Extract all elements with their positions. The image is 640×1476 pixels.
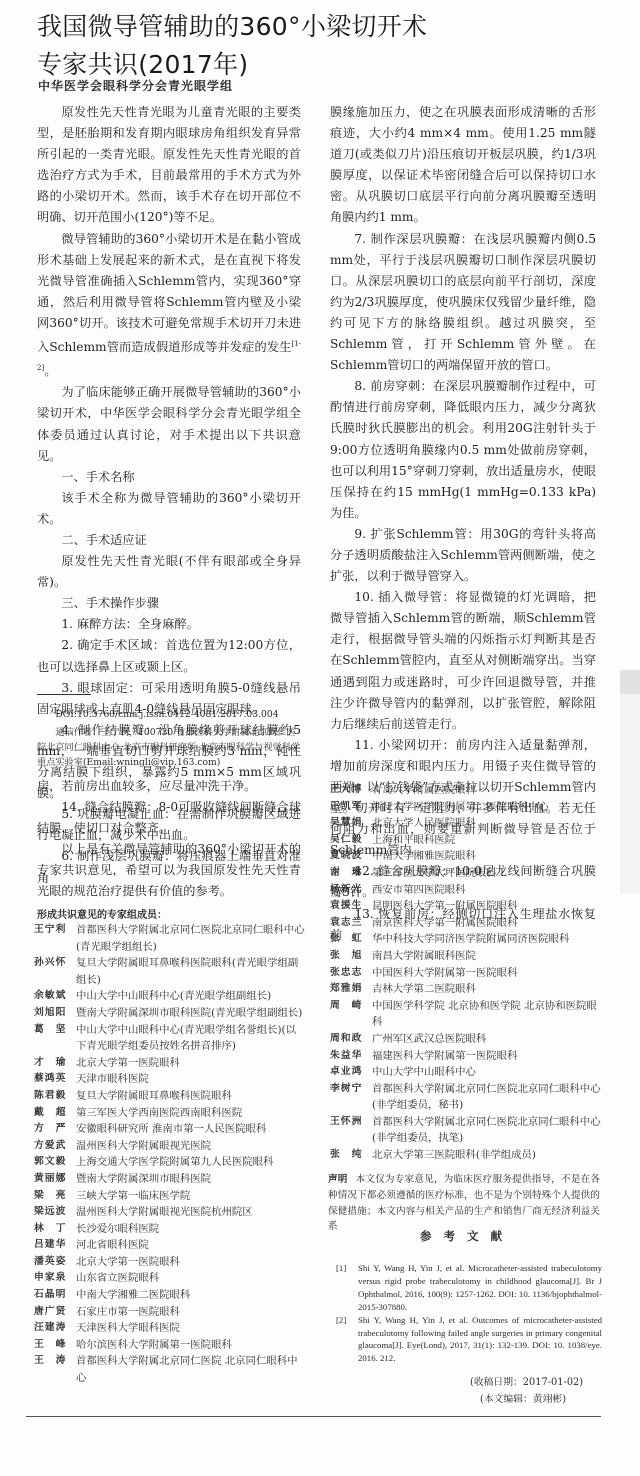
expert-name: 王 峰 [34, 1337, 76, 1354]
step-1: 1. 麻醉方法：全身麻醉。 [37, 614, 301, 635]
expert-affiliation: 南京医科大学第一附属医院眼科 [372, 915, 602, 932]
reference-number: [1] [336, 1262, 358, 1314]
expert-name: 张 虹 [330, 931, 372, 948]
expert-name: 王宁利 [34, 922, 76, 955]
expert-name: 林 丁 [34, 1221, 76, 1238]
expert-affiliation: 福建医科大学附属第一医院眼科 [372, 1048, 602, 1065]
footnote: DOI:10.3760/cma.j.issn.0412-4081.2017.03… [37, 706, 301, 770]
expert-affiliation: 吉林大学第二医院眼科 [372, 981, 602, 998]
expert-name: 黄丽娜 [34, 1171, 76, 1188]
expert-affiliation: 首都医科大学附属北京同仁医院 北京同仁眼科中心 [76, 1353, 306, 1386]
references-list: [1] Shi Y, Wang H, Yin J, et al. Microca… [336, 1262, 602, 1365]
expert-name: 周 崎 [330, 998, 372, 1031]
step-13-continuation: 房，若前房出血较多，应尽量冲洗干净。 [37, 776, 301, 797]
expert-name: 吴慧娟 [330, 815, 372, 832]
step-2: 2. 确定手术区域：首选位置为12:00方位，也可以选择鼻上区或颞上区。 [37, 635, 301, 677]
left-column-top: 原发性先天性青光眼为儿童青光眼的主要类型，是胚胎期和发育期内眼球房角组织发育异常… [37, 102, 301, 889]
step-6-continuation: 膜缘施加压力，使之在巩膜表面形成清晰的舌形痕迹，大小约4 mm×4 mm。使用1… [330, 102, 596, 229]
expert-name: 李树宁 [330, 1081, 372, 1114]
section-1-heading: 一、手术名称 [37, 467, 301, 488]
expert-affiliation: 昆明医科大学第一附属医院眼科 [372, 898, 602, 915]
expert-name: 刘旭阳 [34, 1005, 76, 1022]
expert-entry: 才 瑜北京大学第一医院眼科 [34, 1055, 306, 1072]
expert-affiliation: 暨南大学附属深圳市眼科医院 [76, 1171, 306, 1188]
expert-name: 袁援生 [330, 898, 372, 915]
expert-affiliation: 北京大学第三医院眼科(非学组成员) [372, 1147, 602, 1164]
expert-affiliation: 三峡大学第一临床医学院 [76, 1188, 306, 1205]
side-scroll-tab [620, 670, 640, 694]
reference-number: [2] [336, 1314, 358, 1366]
expert-affiliation: 中山大学中山眼科中心(青光眼学组名誉组长)(以下青光眼学组委员按姓名拼音排序) [76, 1022, 306, 1055]
expert-name: 卓业鸿 [330, 1064, 372, 1081]
references-heading: 参考文献 [420, 1228, 514, 1244]
expert-name: 朱益华 [330, 1048, 372, 1065]
expert-name: 方爱武 [34, 1138, 76, 1155]
expert-entry: 郭文毅上海交通大学医学院附属第九人民医院眼科 [34, 1154, 306, 1171]
expert-entry: 孙兴怀复旦大学附属眼耳鼻喉科医院眼科(青光眼学组副组长) [34, 955, 306, 988]
expert-entry: 李树宁首都医科大学附属北京同仁医院北京同仁眼科中心(非学组委员，秘书) [330, 1081, 602, 1114]
correspondence-text: 通信作者：王宁利，100730 首都医科大学附属北京同仁医院北京同仁眼科中心 北… [37, 725, 301, 770]
step-9: 9. 扩张Schlemm管：用30G的弯针头将高分子透明质酸盐注入Schlemm… [330, 524, 596, 587]
expert-entry: 葛 坚中山大学中山眼科中心(青光眼学组名誉组长)(以下青光眼学组委员按姓名拼音排… [34, 1022, 306, 1055]
expert-name: 王怀洲 [330, 1114, 372, 1147]
expert-name: 陈君毅 [34, 1088, 76, 1105]
expert-affiliation: 第三军医大学西南医院西南眼科医院 [76, 1105, 306, 1122]
expert-affiliation: 北京大学人民医院眼科 [372, 815, 602, 832]
expert-entry: 潘英姿北京大学第一医院眼科 [34, 1254, 306, 1271]
expert-entry: 梁远波温州医科大学附属眼视光医院杭州院区 [34, 1204, 306, 1221]
doi-text: DOI:10.3760/cma.j.issn.0412-4081.2017.03… [37, 706, 301, 725]
section-3-heading: 三、手术操作步骤 [37, 593, 301, 614]
expert-affiliation: 中南大学湘雅二医院眼科 [76, 1287, 306, 1304]
intro-paragraph-3: 为了临床能够正确开展微导管辅助的360°小梁切开术，中华医学会眼科学分会青光眼学… [37, 382, 301, 466]
expert-entry: 吴仁毅上海和平眼科医院 [330, 832, 602, 849]
expert-entry: 朱益华福建医科大学附属第一医院眼科 [330, 1048, 602, 1065]
expert-name: 杨新光 [330, 882, 372, 899]
expert-entry: 周和政广州军区武汉总医院眼科 [330, 1031, 602, 1048]
received-info: (收稿日期：2017-01-02) (本文编辑：黄翊彬) [470, 1374, 583, 1408]
expert-name: 余敏斌 [34, 988, 76, 1005]
expert-name: 梁 亮 [34, 1188, 76, 1205]
expert-affiliation: 石家庄市第一医院眼科 [76, 1304, 306, 1321]
expert-name: 申家泉 [34, 1270, 76, 1287]
expert-entry: 汪建涛天津医科大学眼科医院 [34, 1320, 306, 1337]
statement-text: 本文仅为专家意见，为临床医疗服务提供指导，不是在各种情况下都必须遵循的医疗标准，… [328, 1174, 600, 1232]
expert-entry: 蔡鸿英天津市眼科医院 [34, 1071, 306, 1088]
conclusion: 以上是有关微导管辅助的360°小梁切开术的专家共识意见，希望可以为我国原发性先天… [37, 839, 301, 902]
expert-name: 方 严 [34, 1121, 76, 1138]
expert-entry: 王怀洲首都医科大学附属北京同仁医院北京同仁眼科中心(非学组委员，执笔) [330, 1114, 602, 1147]
expert-entry: 王 涛首都医科大学附属北京同仁医院 北京同仁眼科中心 [34, 1353, 306, 1386]
expert-entry: 余敏斌中山大学中山眼科中心(青光眼学组副组长) [34, 988, 306, 1005]
expert-name: 夏晓波 [330, 848, 372, 865]
expert-affiliation: 浙江大学医学院附属第二医院眼科中心 [372, 799, 602, 816]
expert-affiliation: 长沙爱尔眼科医院 [76, 1221, 306, 1238]
left-column-bottom: 房，若前房出血较多，应尽量冲洗干净。 14. 缝合结膜瓣：8-0可吸收缝线间断缝… [37, 776, 301, 903]
reference-text: Shi Y, Wang H, Yin J, et al. Outcomes of… [358, 1314, 602, 1366]
expert-affiliation: 华中科技大学同济医学院附属同济医院眼科 [372, 931, 602, 948]
expert-affiliation: 青岛大学附属医院眼科 [372, 782, 602, 799]
expert-affiliation: 山东省立医院眼科 [76, 1270, 306, 1287]
expert-entry: 吕建华河北省眼科医院 [34, 1237, 306, 1254]
expert-entry: 夏晓波中南大学湘雅医院眼科 [330, 848, 602, 865]
expert-affiliation: 温州医科大学附属眼视光医院杭州院区 [76, 1204, 306, 1221]
expert-affiliation: 暨南大学附属深圳市眼科医院(青光眼学组副组长) [76, 1005, 306, 1022]
section-2-text: 原发性先天性青光眼(不伴有眼部或全身异常)。 [37, 551, 301, 593]
experts-list-right: 王大博青岛大学附属医院眼科 王凯军浙江大学医学院附属第二医院眼科中心 吴慧娟北京… [330, 782, 602, 1164]
expert-entry: 陈君毅复旦大学附属眼耳鼻喉科医院眼科 [34, 1088, 306, 1105]
step-8: 8. 前房穿刺：在深层巩膜瓣制作过程中，可酌情进行前房穿刺，降低眼内压力，减少分… [330, 376, 596, 524]
expert-entry: 张忠志中国医科大学附属第一医院眼科 [330, 965, 602, 982]
step-10: 10. 插入微导管：将显微镜的灯光调暗，把微导管插入Schlemm管的断端，顺S… [330, 587, 596, 735]
expert-affiliation: 南昌大学附属眼科医院 [372, 948, 602, 965]
experts-list-left: 王宁利首都医科大学附属北京同仁医院北京同仁眼科中心(青光眼学组组长) 孙兴怀复旦… [34, 922, 306, 1387]
expert-entry: 吴慧娟北京大学人民医院眼科 [330, 815, 602, 832]
expert-name: 汪建涛 [34, 1320, 76, 1337]
expert-entry: 王凯军浙江大学医学院附属第二医院眼科中心 [330, 799, 602, 816]
expert-name: 周和政 [330, 1031, 372, 1048]
expert-affiliation: 复旦大学附属眼耳鼻喉科医院眼科 [76, 1088, 306, 1105]
expert-entry: 袁援生昆明医科大学第一附属医院眼科 [330, 898, 602, 915]
expert-affiliation: 中国医科大学附属第一医院眼科 [372, 965, 602, 982]
side-panel-edge [620, 694, 640, 894]
title-line-1: 我国微导管辅助的360°小梁切开术 [37, 8, 427, 46]
reference-item: [2] Shi Y, Wang H, Yin J, et al. Outcome… [336, 1314, 602, 1366]
expert-entry: 林 丁长沙爱尔眼科医院 [34, 1221, 306, 1238]
expert-entry: 戴 超第三军医大学西南医院西南眼科医院 [34, 1105, 306, 1122]
experts-heading: 形成共识意见的专家组成员： [37, 906, 167, 921]
expert-affiliation: 首都医科大学附属北京同仁医院北京同仁眼科中心(青光眼学组组长) [76, 922, 306, 955]
intro-paragraph-2-text: 微导管辅助的360°小梁切开术是在黏小管成形术基础上发展起来的新术式，是在直视下… [37, 232, 301, 355]
reference-text: Shi Y, Wang H, Yin J, et al. Microcathet… [358, 1262, 602, 1314]
expert-affiliation: 天津市眼科医院 [76, 1071, 306, 1088]
expert-affiliation: 天津医科大学眼科医院 [76, 1320, 306, 1337]
expert-name: 吴仁毅 [330, 832, 372, 849]
expert-name: 蔡鸿英 [34, 1071, 76, 1088]
article-title: 我国微导管辅助的360°小梁切开术 专家共识(2017年) [37, 8, 427, 84]
author-group: 中华医学会眼科学分会青光眼学组 [38, 77, 233, 94]
expert-entry: 张 虹华中科技大学同济医学院附属同济医院眼科 [330, 931, 602, 948]
expert-entry: 杨新光西安市第四医院眼科 [330, 882, 602, 899]
expert-name: 才 瑜 [34, 1055, 76, 1072]
expert-entry: 申家泉山东省立医院眼科 [34, 1270, 306, 1287]
expert-name: 张忠志 [330, 965, 372, 982]
expert-entry: 卓业鸿中山大学中山眼科中心 [330, 1064, 602, 1081]
expert-name: 张 旭 [330, 948, 372, 965]
expert-name: 吕建华 [34, 1237, 76, 1254]
editor-credit: (本文编辑：黄翊彬) [470, 1391, 583, 1408]
expert-affiliation: 广州军区武汉总医院眼科 [372, 1031, 602, 1048]
intro-paragraph-2: 微导管辅助的360°小梁切开术是在黏小管成形术基础上发展起来的新术式，是在直视下… [37, 229, 301, 383]
expert-name: 王凯军 [330, 799, 372, 816]
expert-name: 郭文毅 [34, 1154, 76, 1171]
expert-affiliation: 首都医科大学附属北京同仁医院北京同仁眼科中心(非学组委员，秘书) [372, 1081, 602, 1114]
expert-entry: 袁志兰南京医科大学第一附属医院眼科 [330, 915, 602, 932]
expert-affiliation: 中南大学湘雅医院眼科 [372, 848, 602, 865]
expert-name: 谢 琳 [330, 865, 372, 882]
expert-entry: 黄丽娜暨南大学附属深圳市眼科医院 [34, 1171, 306, 1188]
expert-affiliation: 北京大学第一医院眼科 [76, 1254, 306, 1271]
statement-label: 声明 [328, 1174, 348, 1185]
expert-affiliation: 中国医学科学院 北京协和医学院 北京协和医院眼科 [372, 998, 602, 1031]
expert-affiliation: 首都医科大学附属北京同仁医院北京同仁眼科中心(非学组委员，执笔) [372, 1114, 602, 1147]
expert-name: 戴 超 [34, 1105, 76, 1122]
step-14: 14. 缝合结膜瓣：8-0可吸收缝线间断缝合球结膜，使切口对合整齐。 [37, 797, 301, 839]
section-2-heading: 二、手术适应证 [37, 530, 301, 551]
expert-entry: 郑雅娟吉林大学第二医院眼科 [330, 981, 602, 998]
footnote-divider [37, 694, 91, 695]
expert-affiliation: 北京大学第一医院眼科 [76, 1055, 306, 1072]
expert-entry: 周 崎中国医学科学院 北京协和医学院 北京协和医院眼科 [330, 998, 602, 1031]
expert-affiliation: 上海交通大学医学院附属第九人民医院眼科 [76, 1154, 306, 1171]
expert-affiliation: 安徽眼科研究所 淮南市第一人民医院眼科 [76, 1121, 306, 1138]
reference-item: [1] Shi Y, Wang H, Yin J, et al. Microca… [336, 1262, 602, 1314]
expert-name: 袁志兰 [330, 915, 372, 932]
expert-name: 石晶明 [34, 1287, 76, 1304]
expert-entry: 方 严安徽眼科研究所 淮南市第一人民医院眼科 [34, 1121, 306, 1138]
expert-entry: 王大博青岛大学附属医院眼科 [330, 782, 602, 799]
expert-entry: 张 纯北京大学第三医院眼科(非学组成员) [330, 1147, 602, 1164]
expert-entry: 刘旭阳暨南大学附属深圳市眼科医院(青光眼学组副组长) [34, 1005, 306, 1022]
expert-name: 葛 坚 [34, 1022, 76, 1055]
expert-entry: 方爱武温州医科大学附属眼视光医院 [34, 1138, 306, 1155]
expert-entry: 唐广贤石家庄市第一医院眼科 [34, 1304, 306, 1321]
received-date: (收稿日期：2017-01-02) [470, 1374, 583, 1391]
expert-entry: 张 旭南昌大学附属眼科医院 [330, 948, 602, 965]
expert-name: 王 涛 [34, 1353, 76, 1386]
expert-name: 郑雅娟 [330, 981, 372, 998]
page-bottom-rule [26, 1416, 601, 1417]
intro-paragraph-1: 原发性先天性青光眼为儿童青光眼的主要类型，是胚胎期和发育期内眼球房角组织发育异常… [37, 102, 301, 229]
expert-affiliation: 第三军医大学大坪医院眼科 [372, 865, 602, 882]
expert-entry: 王宁利首都医科大学附属北京同仁医院北京同仁眼科中心(青光眼学组组长) [34, 922, 306, 955]
expert-entry: 梁 亮三峡大学第一临床医学院 [34, 1188, 306, 1205]
expert-entry: 石晶明中南大学湘雅二医院眼科 [34, 1287, 306, 1304]
expert-name: 潘英姿 [34, 1254, 76, 1271]
expert-entry: 王 峰哈尔滨医科大学附属第一医院眼科 [34, 1337, 306, 1354]
article-page: 我国微导管辅助的360°小梁切开术 专家共识(2017年) 中华医学会眼科学分会… [0, 0, 640, 1476]
expert-name: 梁远波 [34, 1204, 76, 1221]
expert-affiliation: 河北省眼科医院 [76, 1237, 306, 1254]
expert-entry: 谢 琳第三军医大学大坪医院眼科 [330, 865, 602, 882]
expert-affiliation: 中山大学中山眼科中心 [372, 1064, 602, 1081]
expert-name: 孙兴怀 [34, 955, 76, 988]
expert-affiliation: 中山大学中山眼科中心(青光眼学组副组长) [76, 988, 306, 1005]
expert-affiliation: 上海和平眼科医院 [372, 832, 602, 849]
expert-name: 张 纯 [330, 1147, 372, 1164]
expert-affiliation: 西安市第四医院眼科 [372, 882, 602, 899]
expert-name: 王大博 [330, 782, 372, 799]
expert-name: 唐广贤 [34, 1304, 76, 1321]
disclaimer-statement: 声明本文仅为专家意见，为临床医疗服务提供指导，不是在各种情况下都必须遵循的医疗标… [328, 1172, 600, 1235]
step-7: 7. 制作深层巩膜瓣：在浅层巩膜瓣内侧0.5 mm处，平行于浅层巩膜瓣切口制作深… [330, 229, 596, 377]
expert-affiliation: 温州医科大学附属眼视光医院 [76, 1138, 306, 1155]
section-1-text: 该手术全称为微导管辅助的360°小梁切开术。 [37, 488, 301, 530]
expert-affiliation: 复旦大学附属眼耳鼻喉科医院眼科(青光眼学组副组长) [76, 955, 306, 988]
expert-affiliation: 哈尔滨医科大学附属第一医院眼科 [76, 1337, 306, 1354]
